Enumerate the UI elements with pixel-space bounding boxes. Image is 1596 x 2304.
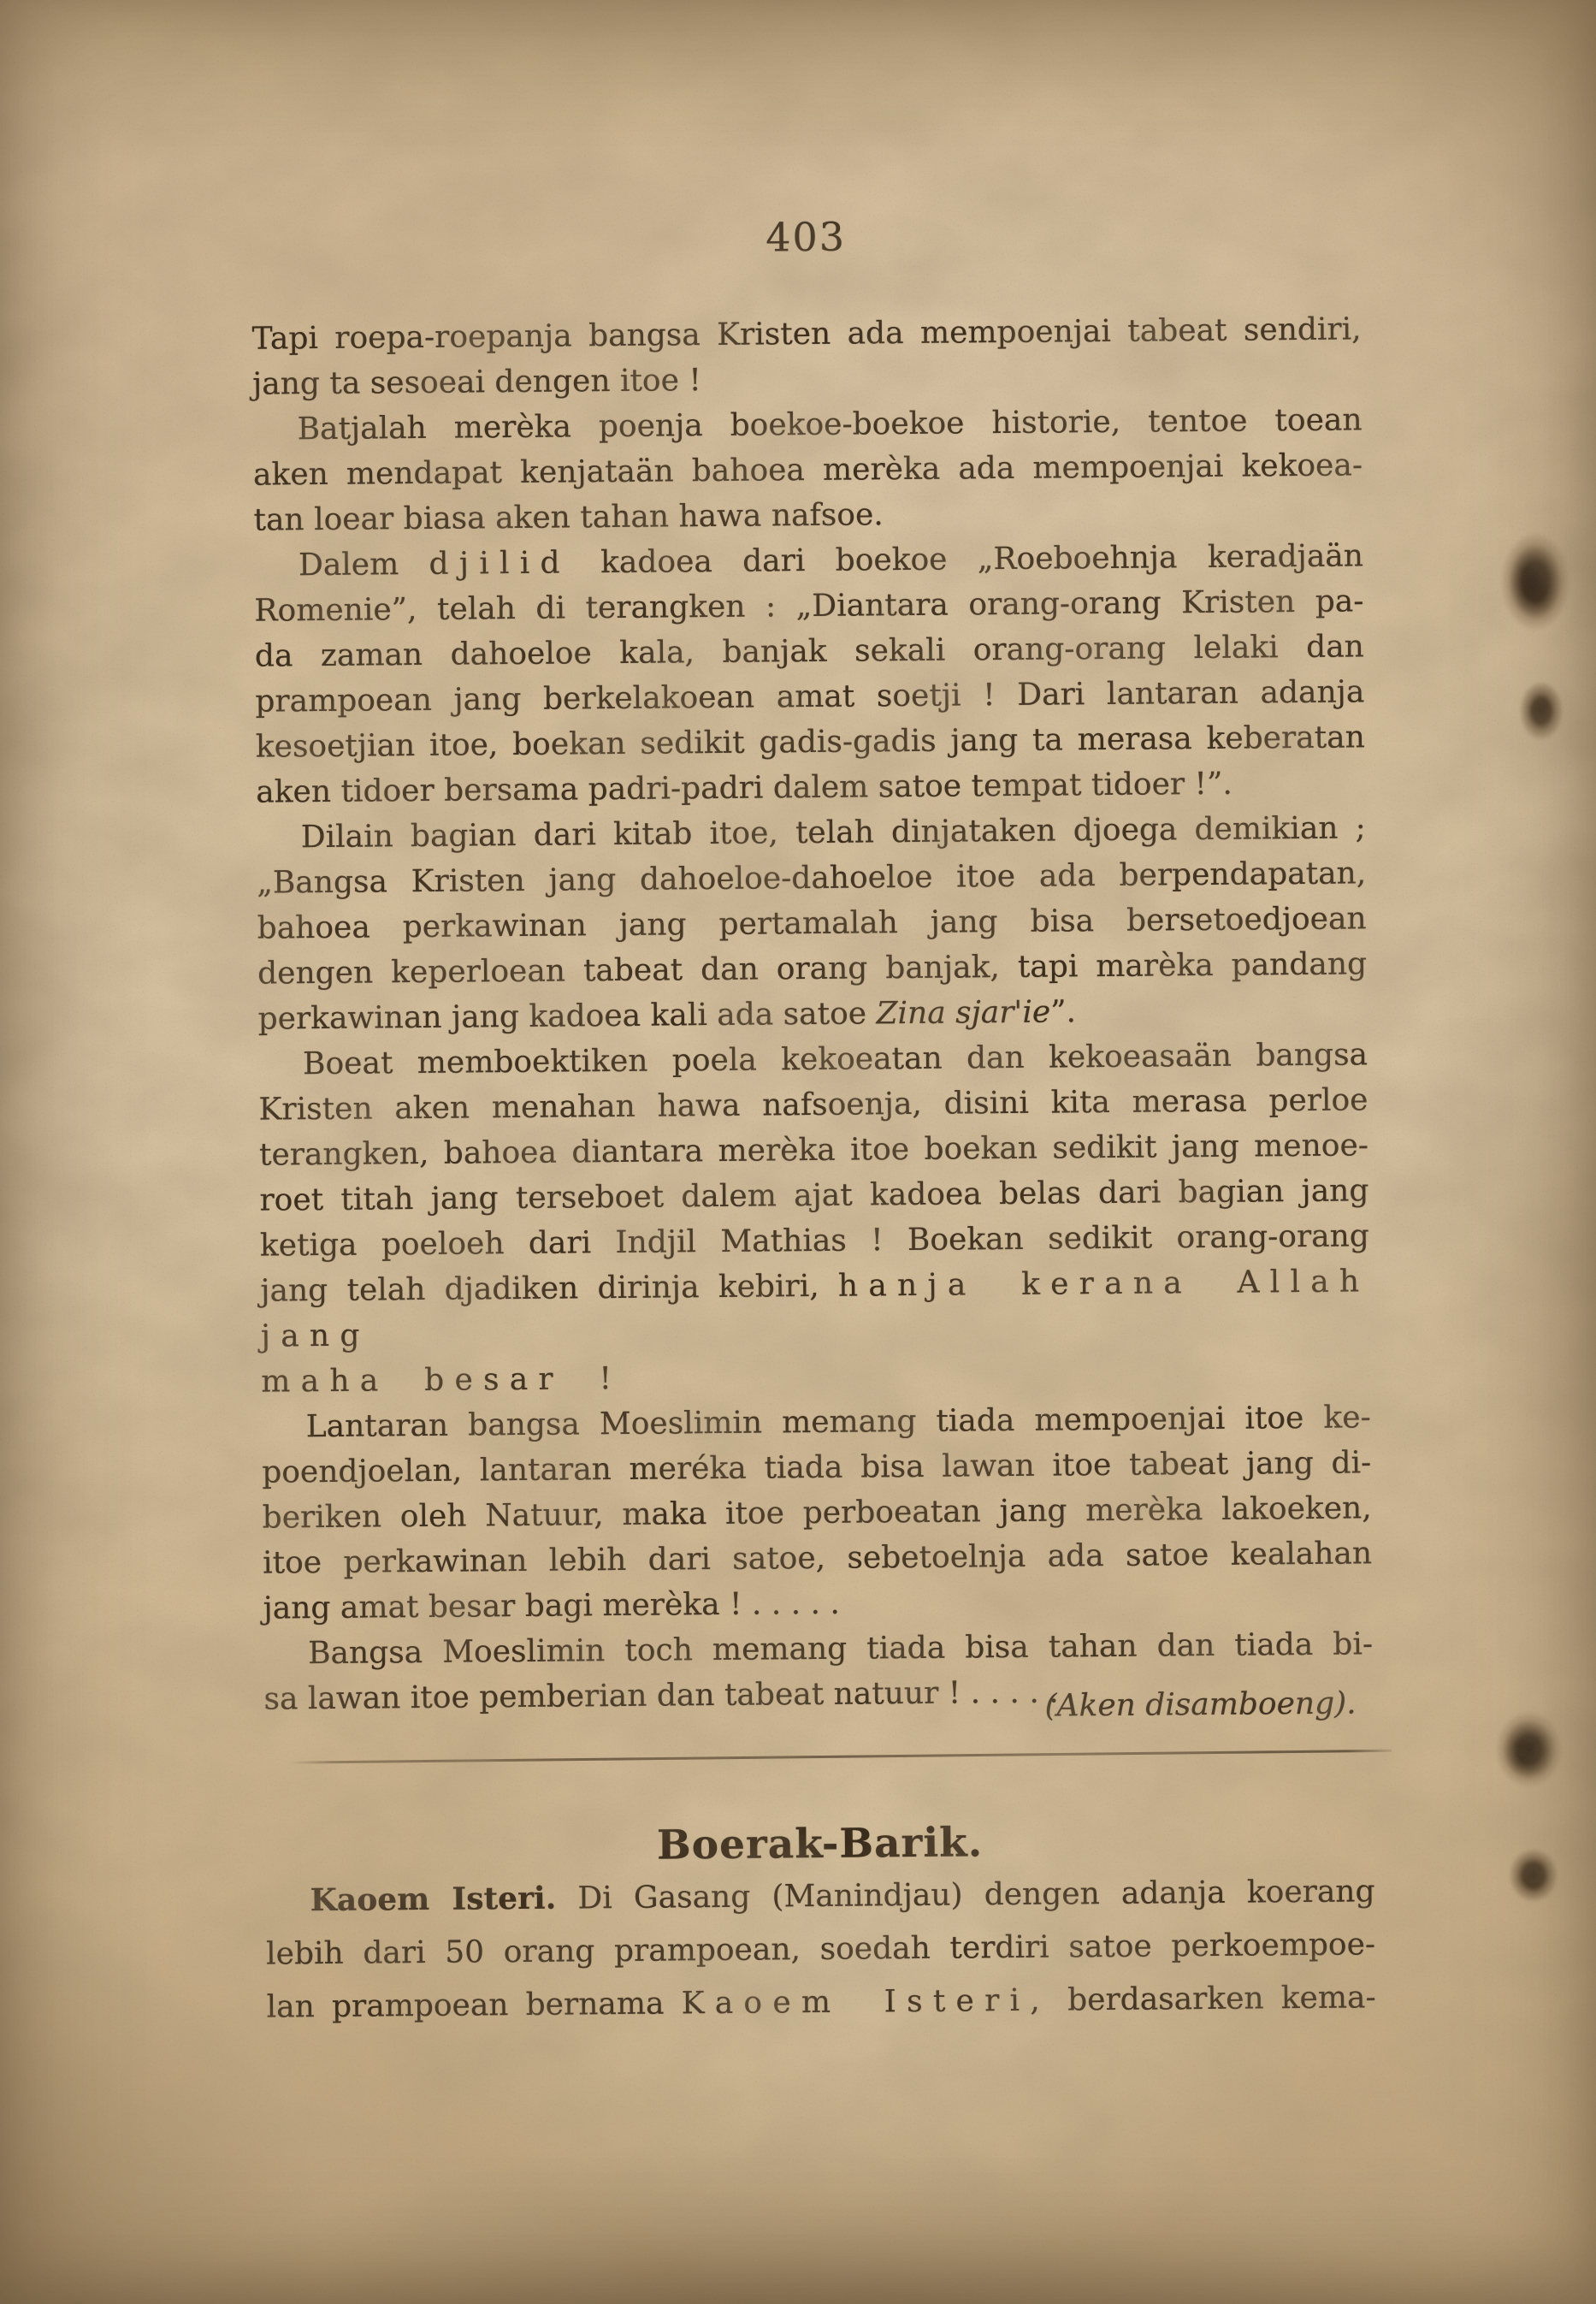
text-segment: sa lawan itoe pemberian dan tabeat natuu… bbox=[263, 1675, 1058, 1717]
text-segment: poendjoelan, lantaran meréka tiada bisa … bbox=[262, 1445, 1371, 1490]
page-content: 403 Tapi roepa-roepanja bangsa Kristen a… bbox=[249, 0, 1378, 2304]
text-segment: lan prampoean bernama bbox=[267, 1986, 682, 2024]
text-segment: ketiga poeloeh dari Indjil Mathias ! Boe… bbox=[260, 1218, 1369, 1263]
text-line: dengen keperloean tabeat dan orang banja… bbox=[257, 941, 1367, 996]
text-segment: dengen keperloean tabeat dan orang banja… bbox=[257, 946, 1367, 991]
section-text: Kaoem Isteri. Di Gasang (Manindjau) deng… bbox=[265, 1864, 1376, 2034]
text-segment: Zina sjar'ie bbox=[876, 995, 1050, 1032]
text-segment: Tapi roepa-roepanja bangsa Kristen ada m… bbox=[252, 311, 1362, 356]
section-heading: Boerak-Barik. bbox=[265, 1815, 1374, 1872]
text-segment: Boeat memboektiken poela kekoeatan dan k… bbox=[303, 1037, 1368, 1081]
text-line: itoe perkawinan lebih dari satoe, sebeto… bbox=[263, 1531, 1372, 1585]
text-line: lan prampoean bernama Kaoem Isteri, berd… bbox=[266, 1971, 1375, 2034]
text-segment: Bangsa Moeslimin toch memang tiada bisa … bbox=[308, 1626, 1373, 1671]
text-line: lebih dari 50 orang prampoean, soedah te… bbox=[266, 1918, 1375, 1981]
book-page: 403 Tapi roepa-roepanja bangsa Kristen a… bbox=[0, 0, 1596, 2304]
signoff-note: (Aken disamboeng). bbox=[1044, 1685, 1357, 1723]
text-line: Bangsa Moeslimin toch memang tiada bisa … bbox=[263, 1621, 1373, 1676]
ink-blot bbox=[1495, 1711, 1570, 1788]
text-segment: Di Gasang (Manindjau) dengen adanja koer… bbox=[556, 1874, 1375, 1916]
text-segment: Lantaran bangsa Moeslimin memang tiada m… bbox=[306, 1400, 1371, 1444]
text-segment: Kristen aken menahan hawa nafsoenja, dis… bbox=[258, 1082, 1368, 1127]
text-line: jang telah djadiken dirinja kebiri, hanj… bbox=[260, 1259, 1370, 1359]
ink-blot bbox=[1519, 681, 1563, 741]
text-segment: Dalem bbox=[299, 547, 429, 583]
text-segment: Dilain bagian dari kitab itoe, telah din… bbox=[301, 810, 1366, 855]
text-segment: jang telah djadiken dirinja kebiri, bbox=[260, 1269, 838, 1309]
page-number: 403 bbox=[251, 209, 1360, 264]
text-segment: perkawinan jang kadoea kali ada satoe bbox=[257, 996, 876, 1036]
text-segment: bahoea perkawinan jang pertamalah jang b… bbox=[257, 901, 1367, 945]
text-segment: Batjalah merèka poenja boekoe-boekoe his… bbox=[297, 402, 1362, 447]
text-segment: maha besar ! bbox=[261, 1361, 622, 1400]
text-segment: aken tidoer bersama padri-padri dalem sa… bbox=[256, 767, 1232, 810]
text-segment: terangken, bahoea diantara merèka itoe b… bbox=[259, 1128, 1368, 1172]
text-line: aken mendapat kenjataän bahoea merèka ad… bbox=[253, 442, 1363, 497]
text-segment: prampoean jang berkelakoean amat soetji … bbox=[255, 674, 1364, 719]
text-segment: aken mendapat kenjataän bahoea merèka ad… bbox=[253, 447, 1363, 492]
text-segment: roet titah jang terseboet dalem ajat kad… bbox=[259, 1173, 1368, 1217]
text-segment: Kaoem Isteri, bbox=[681, 1983, 1050, 2022]
text-segment: Romenie”, telah di terangken : „Diantara… bbox=[254, 583, 1363, 628]
text-segment: itoe perkawinan lebih dari satoe, sebeto… bbox=[263, 1536, 1372, 1580]
text-segment: „Bangsa Kristen jang dahoeloe-dahoeloe i… bbox=[257, 856, 1366, 900]
text-segment: berdasarken kema- bbox=[1050, 1980, 1376, 2017]
text-segment: jang ta sesoeai dengen itoe ! bbox=[252, 363, 701, 402]
text-segment: kadoea dari boekoe „Roeboehnja keradjaän bbox=[570, 538, 1364, 580]
text-segment: tan loear biasa aken tahan hawa nafsoe. bbox=[253, 497, 884, 537]
text-segment: djilid bbox=[429, 545, 570, 581]
text-segment: kesoetjian itoe, boekan sedikit gadis-ga… bbox=[256, 720, 1365, 764]
article-text: Tapi roepa-roepanja bangsa Kristen ada m… bbox=[251, 306, 1373, 1721]
ink-blot bbox=[1509, 1848, 1558, 1913]
text-line: Tapi roepa-roepanja bangsa Kristen ada m… bbox=[251, 306, 1361, 361]
text-segment: lebih dari 50 orang prampoean, soedah te… bbox=[266, 1927, 1375, 1971]
text-segment: beriken oleh Natuur, maka itoe perboeata… bbox=[263, 1490, 1372, 1535]
text-segment: Kaoem Isteri. bbox=[310, 1881, 556, 1919]
text-line: Kaoem Isteri. Di Gasang (Manindjau) deng… bbox=[265, 1864, 1375, 1928]
ink-blot bbox=[1500, 532, 1570, 650]
text-segment: da zaman dahoeloe kala, banjak sekali or… bbox=[255, 629, 1364, 673]
text-segment: ”. bbox=[1050, 994, 1076, 1029]
section-divider bbox=[288, 1750, 1392, 1764]
text-segment: jang amat besar bagi merèka ! . . . . . bbox=[263, 1586, 840, 1626]
